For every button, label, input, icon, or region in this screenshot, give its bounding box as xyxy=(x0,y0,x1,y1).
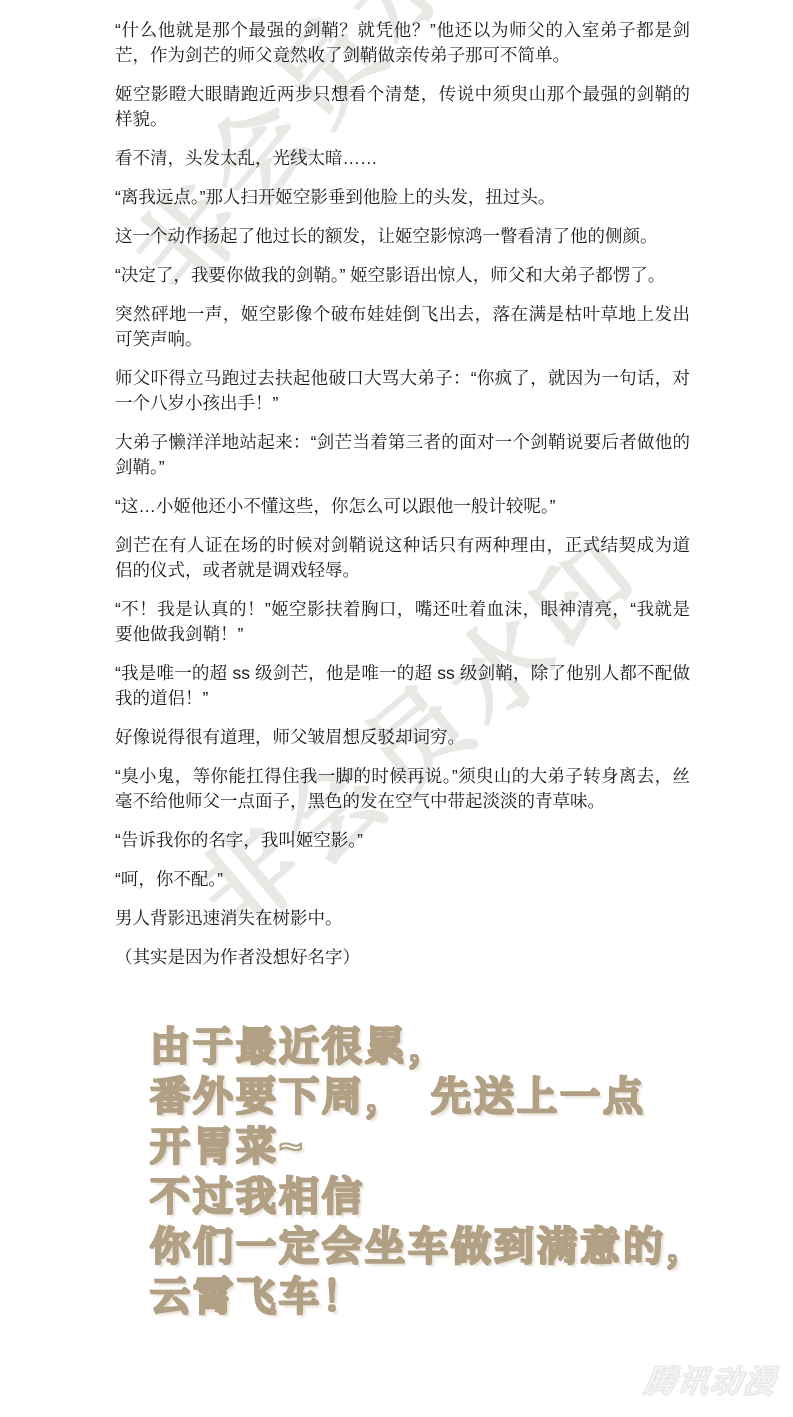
announcement-line: 不过我相信 xyxy=(150,1172,709,1222)
tencent-comics-logo: 腾讯动漫 xyxy=(642,1356,780,1401)
story-paragraph: “臭小鬼，等你能扛得住我一脚的时候再说。”须臾山的大弟子转身离去，丝毫不给他师父… xyxy=(115,764,690,814)
story-paragraph: “离我远点。”那人扫开姬空影垂到他脸上的头发，扭过头。 xyxy=(115,185,690,210)
story-paragraph: 姬空影瞪大眼睛跑近两步只想看个清楚，传说中须臾山那个最强的剑鞘的样貌。 xyxy=(115,82,690,132)
announcement-line: 番外要下周， 先送上一点 xyxy=(150,1072,709,1122)
story-paragraph: （其实是因为作者没想好名字） xyxy=(115,945,690,970)
announcement-line: 云霄飞车！ xyxy=(150,1272,709,1322)
story-paragraph: 大弟子懒洋洋地站起来：“剑芒当着第三者的面对一个剑鞘说要后者做他的剑鞘。” xyxy=(115,430,690,480)
story-paragraph: “什么他就是那个最强的剑鞘？就凭他？”他还以为师父的入室弟子都是剑芒，作为剑芒的… xyxy=(115,18,690,68)
story-paragraph: 师父吓得立马跑过去扶起他破口大骂大弟子：“你疯了，就因为一句话，对一个八岁小孩出… xyxy=(115,366,690,416)
story-paragraph: 这一个动作扬起了他过长的额发，让姬空影惊鸿一瞥看清了他的侧颜。 xyxy=(115,224,690,249)
story-paragraph: 看不清，头发太乱，光线太暗…… xyxy=(115,146,690,171)
story-paragraph: “这…小姬他还小不懂这些，你怎么可以跟他一般计较呢。” xyxy=(115,494,690,519)
author-announcement: 由于最近很累，番外要下周， 先送上一点开胃菜~不过我相信你们一定会坐车做到满意的… xyxy=(150,1022,709,1322)
story-paragraph: “呵，你不配。” xyxy=(115,867,690,892)
announcement-line: 你们一定会坐车做到满意的， xyxy=(150,1222,709,1272)
story-paragraph: “我是唯一的超 ss 级剑芒，他是唯一的超 ss 级剑鞘，除了他别人都不配做我的… xyxy=(115,661,690,711)
story-paragraph: “告诉我你的名字，我叫姬空影。” xyxy=(115,828,690,853)
story-paragraph: 好像说得很有道理，师父皱眉想反驳却词穷。 xyxy=(115,725,690,750)
story-paragraph: 突然砰地一声，姬空影像个破布娃娃倒飞出去，落在满是枯叶草地上发出可笑声响。 xyxy=(115,302,690,352)
story-text-block: “什么他就是那个最强的剑鞘？就凭他？”他还以为师父的入室弟子都是剑芒，作为剑芒的… xyxy=(115,18,690,984)
comic-text-page: 非会员水印 非会员水印 “什么他就是那个最强的剑鞘？就凭他？”他还以为师父的入室… xyxy=(0,0,793,1417)
story-paragraph: 男人背影迅速消失在树影中。 xyxy=(115,906,690,931)
story-paragraph: 剑芒在有人证在场的时候对剑鞘说这种话只有两种理由，正式结契成为道侣的仪式，或者就… xyxy=(115,533,690,583)
announcement-line: 由于最近很累， xyxy=(150,1022,709,1072)
story-paragraph: “不！我是认真的！”姬空影扶着胸口，嘴还吐着血沫，眼神清亮，“我就是要他做我剑鞘… xyxy=(115,597,690,647)
story-paragraph: “决定了，我要你做我的剑鞘。” 姬空影语出惊人，师父和大弟子都愣了。 xyxy=(115,263,690,288)
announcement-line: 开胃菜~ xyxy=(150,1122,709,1172)
